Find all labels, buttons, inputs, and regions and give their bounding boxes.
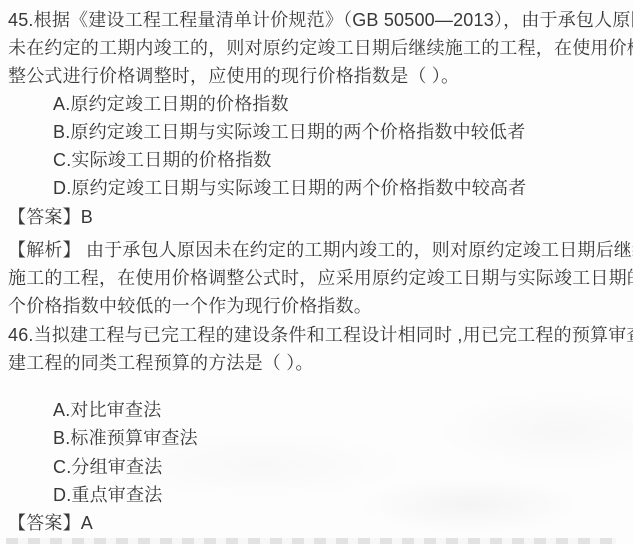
question-45-analysis-line-1: 【解析】 由于承包人原因未在约定的工期内竣工的，则对原约定竣工日期后继续 xyxy=(8,239,633,261)
question-45-option-c: C.实际竣工日期的价格指数 xyxy=(53,149,272,171)
question-46-stem-line-1: 46.当拟建工程与已完工程的建设条件和工程设计相同时 ,用已完工程的预算审查拟 xyxy=(8,324,633,346)
question-45-stem-line-2: 未在约定的工期内竣工的，则对原约定竣工日期后继续施工的工程，在使用价格调 xyxy=(8,37,633,59)
question-45-option-a: A.原约定竣工日期的价格指数 xyxy=(53,93,289,115)
cutoff-next-line-fragment xyxy=(6,538,616,544)
question-46-answer: 【答案】A xyxy=(8,512,93,534)
question-46-stem-line-2: 建工程的同类工程预算的方法是（ ）。 xyxy=(8,352,314,374)
question-45-analysis-line-3: 个价格指数中较低的一个作为现行价格指数。 xyxy=(8,295,372,317)
question-46-option-c: C.分组审查法 xyxy=(53,456,162,478)
question-46-option-d: D.重点审查法 xyxy=(53,484,162,506)
document-page: 45.根据《建设工程工程量清单计价规范》（GB 50500—2013），由于承包… xyxy=(0,0,633,544)
question-45-analysis-line-2: 施工的工程，在使用价格调整公式时，应采用原约定竣工日期与实际竣工日期的两 xyxy=(8,267,633,289)
question-45-stem-line-3: 整公式进行价格调整时，应使用的现行价格指数是（ ）。 xyxy=(8,65,459,87)
question-45-option-d: D.原约定竣工日期与实际竣工日期的两个价格指数中较高者 xyxy=(53,177,526,199)
question-45-option-b: B.原约定竣工日期与实际竣工日期的两个价格指数中较低者 xyxy=(53,121,525,143)
question-46-option-b: B.标准预算审查法 xyxy=(53,427,198,449)
question-46-option-a: A.对比审查法 xyxy=(53,399,161,421)
question-45-answer: 【答案】B xyxy=(8,206,93,228)
question-45-stem-line-1: 45.根据《建设工程工程量清单计价规范》（GB 50500—2013），由于承包… xyxy=(8,9,633,31)
